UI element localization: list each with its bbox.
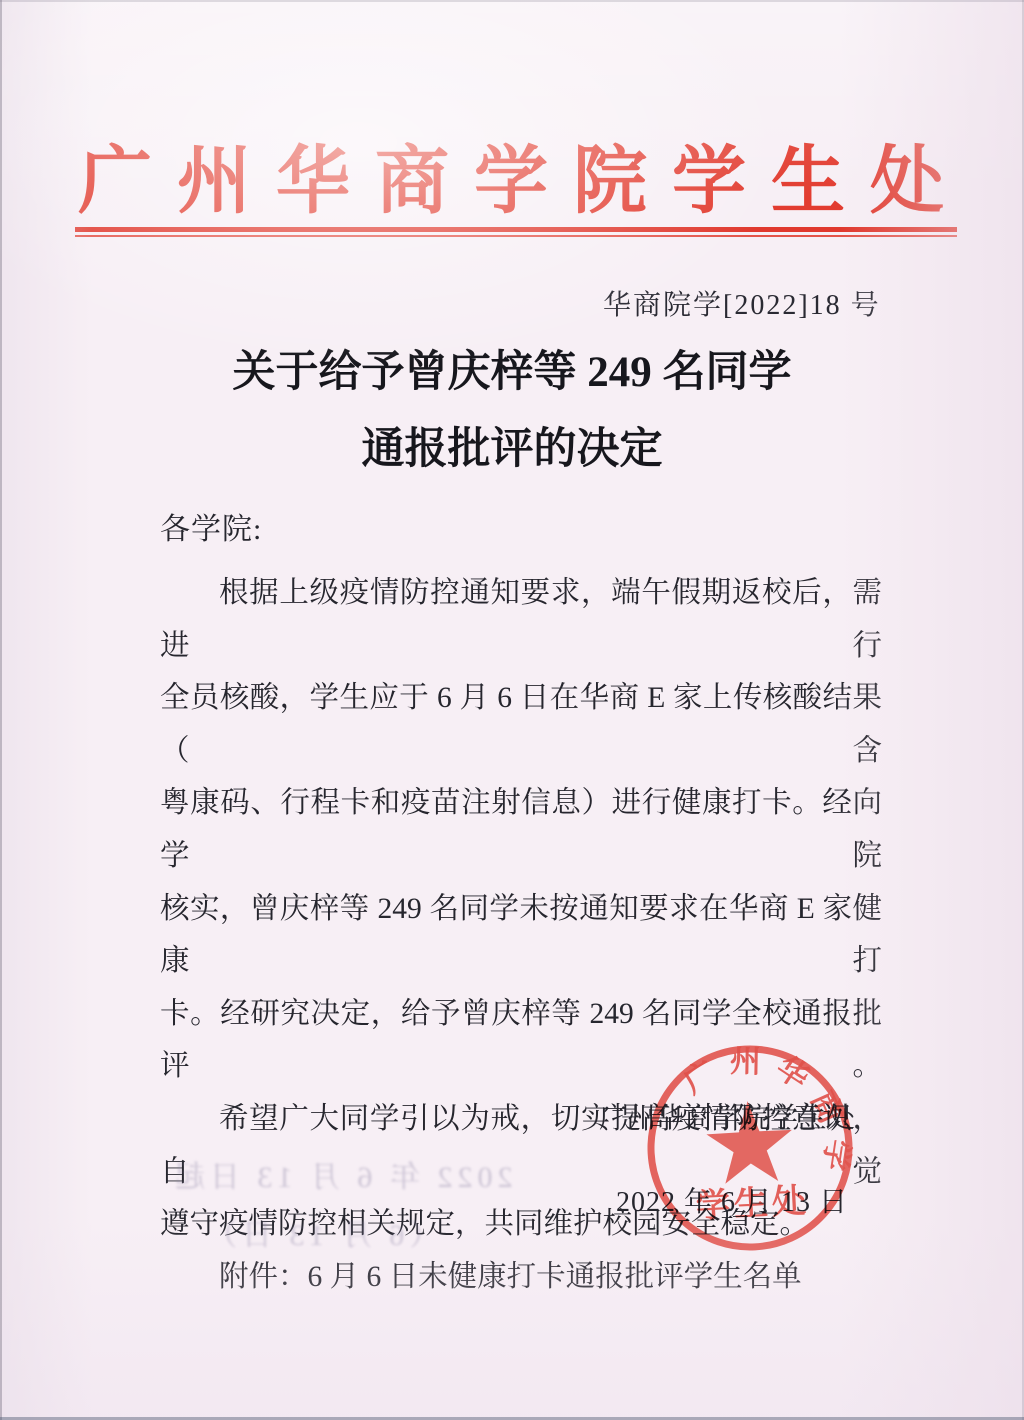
document-title-line1: 关于给予曾庆梓等 249 名同学	[0, 334, 1024, 411]
salutation: 各学院:	[160, 504, 262, 548]
scanned-document-page: 广州华商学院学生处 华商院学[2022]18 号 关于给予曾庆梓等 249 名同…	[0, 0, 1024, 1420]
body-line: 粤康码、行程卡和疫苗注射信息）进行健康打卡。经向学院	[160, 777, 882, 882]
body-line: 全员核酸，学生应于 6 月 6 日在华商 E 家上传核酸结果（含	[160, 672, 882, 777]
scan-edge-top	[0, 0, 1024, 2]
seal-star-icon	[705, 1099, 795, 1185]
document-title: 关于给予曾庆梓等 249 名同学 通报批评的决定	[0, 334, 1024, 488]
body-line: 根据上级疫情防控通知要求，端午假期返校后，需进行	[160, 567, 882, 672]
document-title-line2: 通报批评的决定	[0, 411, 1024, 488]
official-seal: 广州华商学院 学生处	[640, 1038, 861, 1259]
scan-edge-left	[0, 0, 2, 1420]
document-number: 华商院学[2022]18 号	[603, 283, 881, 323]
seal-bottom-text: 学生处	[695, 1182, 811, 1226]
body-line: 核实，曾庆梓等 249 名同学未按通知要求在华商 E 家健康打	[160, 883, 882, 988]
red-rule-thin-line	[75, 235, 957, 238]
letterhead-title: 广州华商学院学生处	[78, 122, 1008, 228]
attachment-line: 附件：6 月 6 日未健康打卡通报批评学生名单	[160, 1251, 882, 1304]
red-header-rule	[75, 227, 957, 237]
